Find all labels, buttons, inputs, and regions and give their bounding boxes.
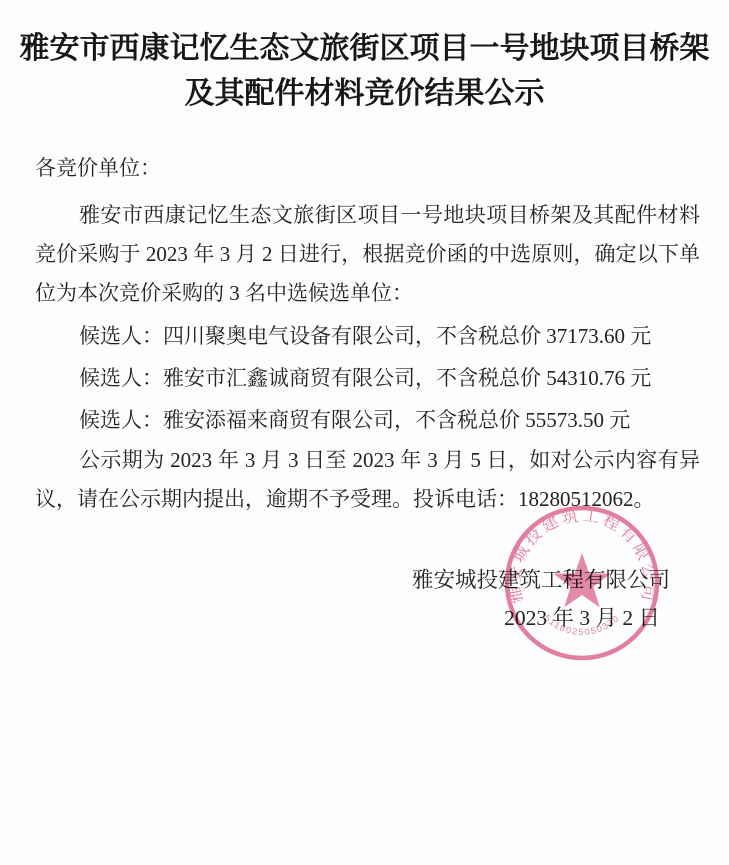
- candidate-line-3: 候选人：雅安添福来商贸有限公司，不含税总价 55573.50 元: [35, 399, 700, 441]
- candidate-line-1: 候选人：四川聚奥电气设备有限公司，不含税总价 37173.60 元: [35, 315, 700, 357]
- intro-paragraph: 雅安市西康记忆生态文旅街区项目一号地块项目桥架及其配件材料竞价采购于 2023 …: [35, 196, 700, 313]
- title-line-2: 及其配件材料竞价结果公示: [14, 71, 715, 116]
- document-title: 雅安市西康记忆生态文旅街区项目一号地块项目桥架 及其配件材料竞价结果公示: [0, 26, 729, 116]
- candidate-list: 候选人：四川聚奥电气设备有限公司，不含税总价 37173.60 元 候选人：雅安…: [35, 315, 700, 441]
- official-seal: 雅安城投建筑工程有限公司 5118025050330: [502, 503, 662, 663]
- salutation: 各竞价单位：: [35, 149, 700, 188]
- candidate-line-2: 候选人：雅安市汇鑫诚商贸有限公司，不含税总价 54310.76 元: [35, 357, 700, 399]
- document-page: 雅安市西康记忆生态文旅街区项目一号地块项目桥架 及其配件材料竞价结果公示 各竞价…: [0, 0, 729, 865]
- title-line-1: 雅安市西康记忆生态文旅街区项目一号地块项目桥架: [14, 26, 715, 71]
- seal-code-arc-text: 5118025050330: [542, 613, 621, 637]
- seal-star-icon: [553, 553, 610, 607]
